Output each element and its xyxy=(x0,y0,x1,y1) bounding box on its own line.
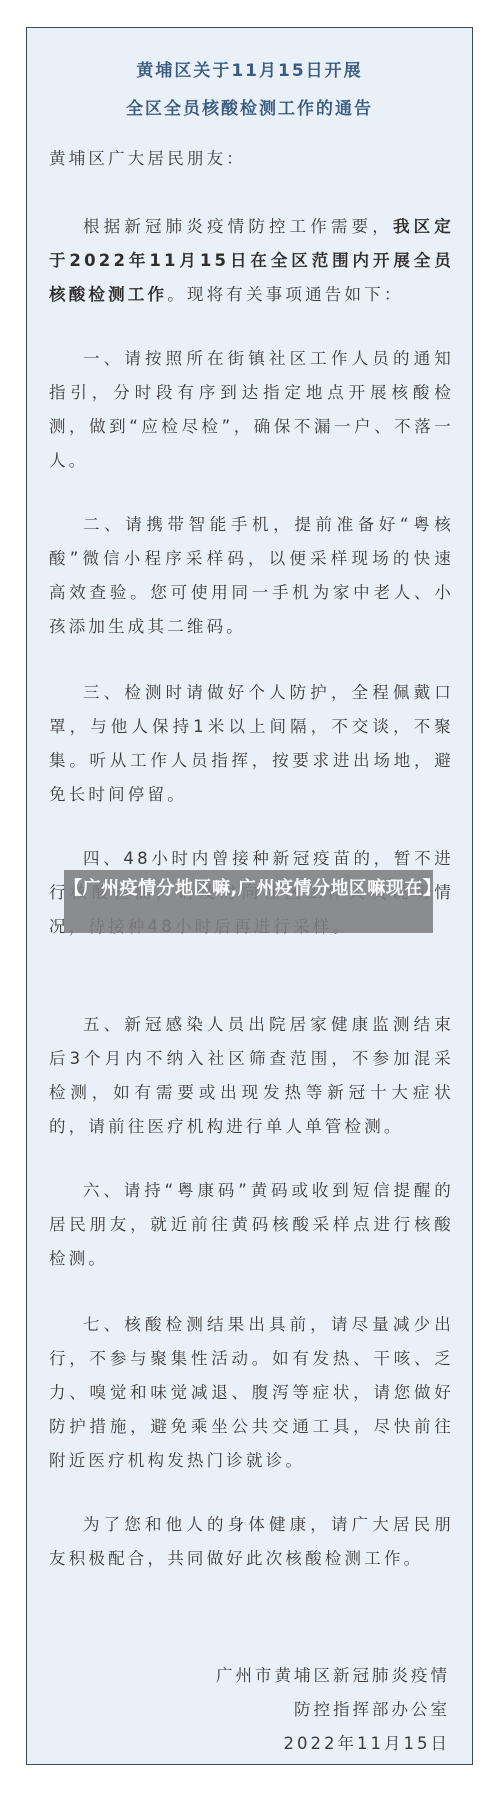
intro-normal-prefix: 根据新冠肺炎疫情防控工作需要， xyxy=(83,217,393,236)
signature-org-line2: 防控指挥部办公室 xyxy=(294,1693,450,1727)
intro-normal-suffix: 。现将有关事项通告如下： xyxy=(167,285,403,304)
notice-item-7: 七、核酸检测结果出具前，请尽量减少出行，不参与聚集性活动。如有发热、干咳、乏力、… xyxy=(49,1308,454,1478)
salutation: 黄埔区广大居民朋友： xyxy=(49,142,454,176)
caption-overlay: 【广州疫情分地区嘛,广州疫情分地区嘛现在】 xyxy=(64,870,433,933)
notice-item-5: 五、新冠感染人员出院居家健康监测结束后3个月内不纳入社区筛查范围，不参加混采检测… xyxy=(49,1008,454,1144)
notice-item-2: 二、请携带智能手机，提前准备好“粤核酸”微信小程序采样码，以便采样现场的快速高效… xyxy=(49,508,454,644)
signature-date: 2022年11月15日 xyxy=(284,1727,450,1761)
closing-paragraph: 为了您和他人的身体健康，请广大居民朋友积极配合，共同做好此次核酸检测工作。 xyxy=(49,1508,454,1576)
signature-org-line1: 广州市黄埔区新冠肺炎疫情 xyxy=(216,1659,450,1693)
notice-item-3: 三、检测时请做好个人防护，全程佩戴口罩，与他人保持1米以上间隔，不交谈，不聚集。… xyxy=(49,676,454,812)
notice-item-6: 六、请持“粤康码”黄码或收到短信提醒的居民朋友，就近前往黄码核酸采样点进行核酸检… xyxy=(49,1174,454,1276)
intro-paragraph: 根据新冠肺炎疫情防控工作需要，我区定于2022年11月15日在全区范围内开展全员… xyxy=(49,210,454,312)
notice-title-line2: 全区全员核酸检测工作的通告 xyxy=(27,94,472,119)
notice-title-line1: 黄埔区关于11月15日开展 xyxy=(27,56,472,81)
notice-item-1: 一、请按照所在街镇社区工作人员的通知指引，分时段有序到达指定地点开展核酸检测，做… xyxy=(49,342,454,478)
